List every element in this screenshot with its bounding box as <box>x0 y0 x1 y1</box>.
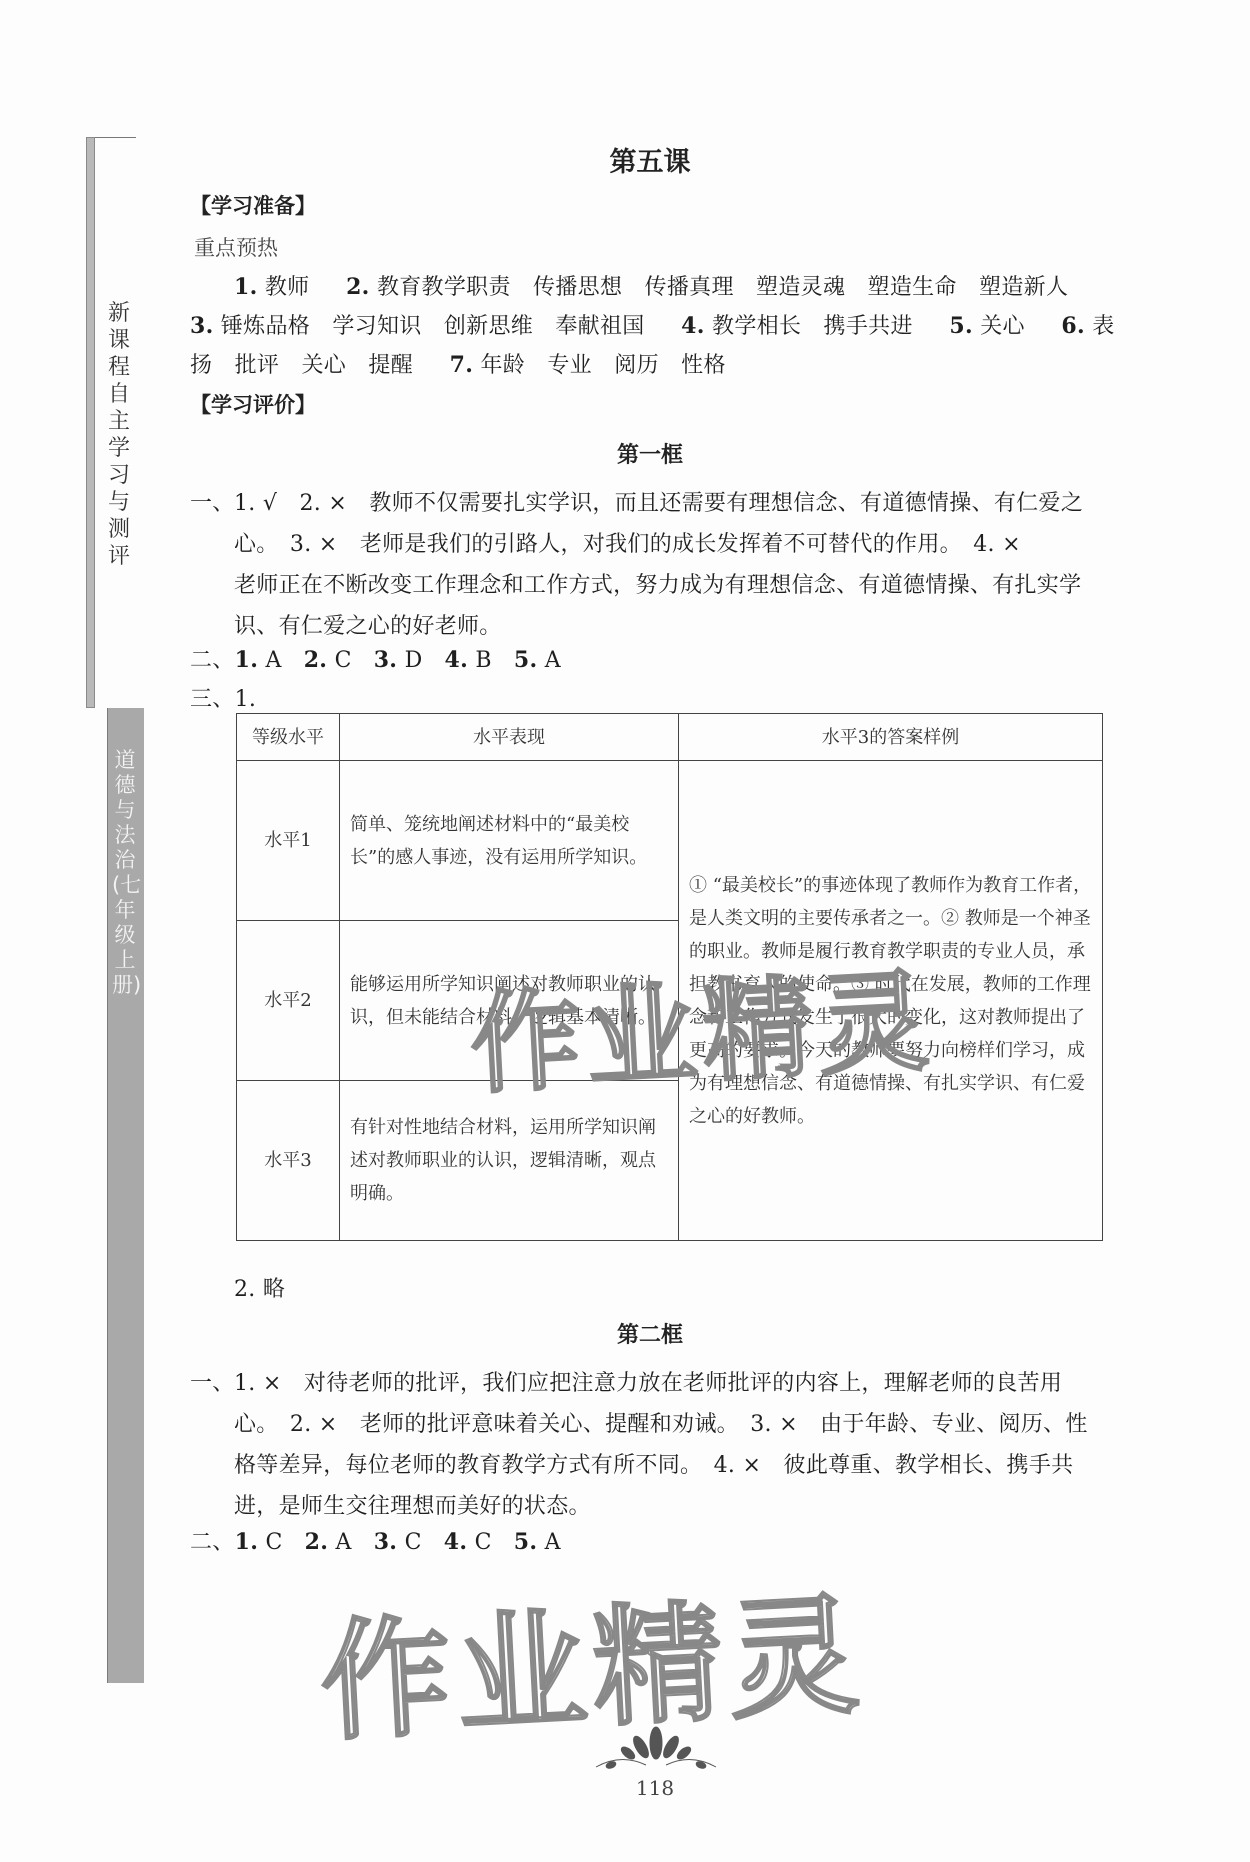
choice-answer: B <box>475 648 491 673</box>
level-cell: 水平1 <box>237 761 340 921</box>
item-number: 1. <box>235 647 259 673</box>
choice-answer: C <box>475 1530 492 1555</box>
choice-answer: A <box>265 648 281 673</box>
item-number: 5. <box>514 1529 538 1555</box>
item-number: 3. <box>374 1529 398 1555</box>
frame1-part2: 二、1. A2. C3. D4. B5. A <box>190 643 561 674</box>
table-header-row: 等级水平 水平表现 水平3的答案样例 <box>237 714 1103 761</box>
frame1-part1-label: 一、 <box>190 486 235 517</box>
item-number: 5. <box>949 313 973 339</box>
choice-answer: C <box>335 648 352 673</box>
prep-line-1: 1. 教师 2. 教育教学职责 传播思想 传播真理 塑造灵魂 塑造生命 塑造新人 <box>234 270 1068 301</box>
frame1-part1-line: 老师正在不断改变工作理念和工作方式，努力成为有理想信念、有道德情操、有扎实学 <box>234 568 1081 599</box>
item-answer: 教学相长 携手共进 <box>712 314 913 339</box>
item-answer: 教师 <box>265 275 310 300</box>
level-cell: 水平2 <box>237 921 340 1081</box>
table-row: 水平1 简单、笼统地阐述材料中的“最美校长”的感人事迹，没有运用所学知识。 ① … <box>237 761 1103 921</box>
item-number: 1. <box>234 274 258 300</box>
frame2-part1-line: 进，是师生交往理想而美好的状态。 <box>234 1489 591 1520</box>
description-cell: 能够运用所学知识阐述对教师职业的认识，但未能结合材料，逻辑基本清晰。 <box>340 921 679 1081</box>
item-answer: 表 <box>1092 314 1114 339</box>
leaf-ornament-icon <box>586 1725 726 1775</box>
level-cell: 水平3 <box>237 1081 340 1241</box>
item-number: 4. <box>681 313 705 339</box>
column-header: 水平表现 <box>340 714 679 761</box>
frame1-part3-label: 三、1. <box>190 682 256 713</box>
book-title: 道德与法治(七年级上册) <box>112 748 138 998</box>
item-number: 3. <box>190 313 214 339</box>
choice-answer: D <box>405 648 423 673</box>
description-cell: 有针对性地结合材料，运用所学知识阐述对教师职业的认识，逻辑清晰，观点明确。 <box>340 1081 679 1241</box>
frame1-title: 第一框 <box>190 438 1110 469</box>
item-number: 4. <box>444 1529 468 1555</box>
part-label: 二、 <box>190 648 235 673</box>
item-answer: 年龄 专业 阅历 性格 <box>480 353 725 378</box>
choice-answer: C <box>265 1530 282 1555</box>
frame2-part1-line: 心。 2. × 老师的批评意味着关心、提醒和劝诫。 3. × 由于年龄、专业、阅… <box>234 1407 1088 1438</box>
item-answer: 锤炼品格 学习知识 创新思维 奉献祖国 <box>221 314 645 339</box>
frame2-title: 第二框 <box>190 1318 1110 1349</box>
part-label: 二、 <box>190 1530 235 1555</box>
page-number: 118 <box>600 1776 710 1800</box>
choice-answer: A <box>336 1530 352 1555</box>
sample-answer-cell: ① “最美校长”的事迹体现了教师作为教育工作者，是人类文明的主要传承者之一。② … <box>679 761 1103 1241</box>
item-answer: 关心 <box>980 314 1025 339</box>
column-header: 水平3的答案样例 <box>679 714 1103 761</box>
series-title: 新课程自主学习与测评 <box>106 300 132 570</box>
section-heading-prep: 【学习准备】 <box>190 190 316 220</box>
frame1-part1-line: 心。 3. × 老师是我们的引路人，对我们的成长发挥着不可替代的作用。 4. × <box>234 527 1021 558</box>
prep-line-2: 3. 锤炼品格 学习知识 创新思维 奉献祖国 4. 教学相长 携手共进 5. 关… <box>190 309 1115 340</box>
rubric-table: 等级水平 水平表现 水平3的答案样例 水平1 简单、笼统地阐述材料中的“最美校长… <box>236 713 1103 1241</box>
item-answer: 扬 批评 关心 提醒 <box>190 353 413 378</box>
choice-answer: A <box>545 648 561 673</box>
item-number: 2. <box>304 647 328 673</box>
frame1-part1-line: 1. √ 2. × 教师不仅需要扎实学识，而且还需要有理想信念、有道德情操、有仁… <box>234 486 1083 517</box>
item-number: 6. <box>1061 313 1085 339</box>
item-number: 4. <box>445 647 469 673</box>
frame2-part1-line: 格等差异，每位老师的教育教学方式有所不同。 4. × 彼此尊重、教学相长、携手共 <box>234 1448 1073 1479</box>
choice-answer: C <box>405 1530 422 1555</box>
section-heading-eval: 【学习评价】 <box>190 389 316 419</box>
frame2-part1-label: 一、 <box>190 1366 235 1397</box>
item-answer: 教育教学职责 传播思想 传播真理 塑造灵魂 塑造生命 塑造新人 <box>377 275 1068 300</box>
column-header: 等级水平 <box>237 714 340 761</box>
description-cell: 简单、笼统地阐述材料中的“最美校长”的感人事迹，没有运用所学知识。 <box>340 761 679 921</box>
frame2-part2: 二、1. C2. A3. C4. C5. A <box>190 1525 561 1556</box>
key-preview-subheading: 重点预热 <box>194 232 278 262</box>
sidebar-thin-bar <box>86 137 95 708</box>
choice-answer: A <box>545 1530 561 1555</box>
frame1-part1-line: 识、有仁爱之心的好老师。 <box>234 609 502 640</box>
frame1-part3-item2: 2. 略 <box>234 1272 285 1303</box>
prep-line-3: 扬 批评 关心 提醒 7. 年龄 专业 阅历 性格 <box>190 348 726 379</box>
item-number: 1. <box>235 1529 259 1555</box>
item-number: 3. <box>374 647 398 673</box>
frame2-part1-line: 1. × 对待老师的批评，我们应把注意力放在老师批评的内容上，理解老师的良苦用 <box>234 1366 1062 1397</box>
item-number: 7. <box>450 352 474 378</box>
item-number: 2. <box>305 1529 329 1555</box>
item-number: 5. <box>514 647 538 673</box>
lesson-title: 第五课 <box>190 140 1110 179</box>
item-number: 2. <box>346 274 370 300</box>
